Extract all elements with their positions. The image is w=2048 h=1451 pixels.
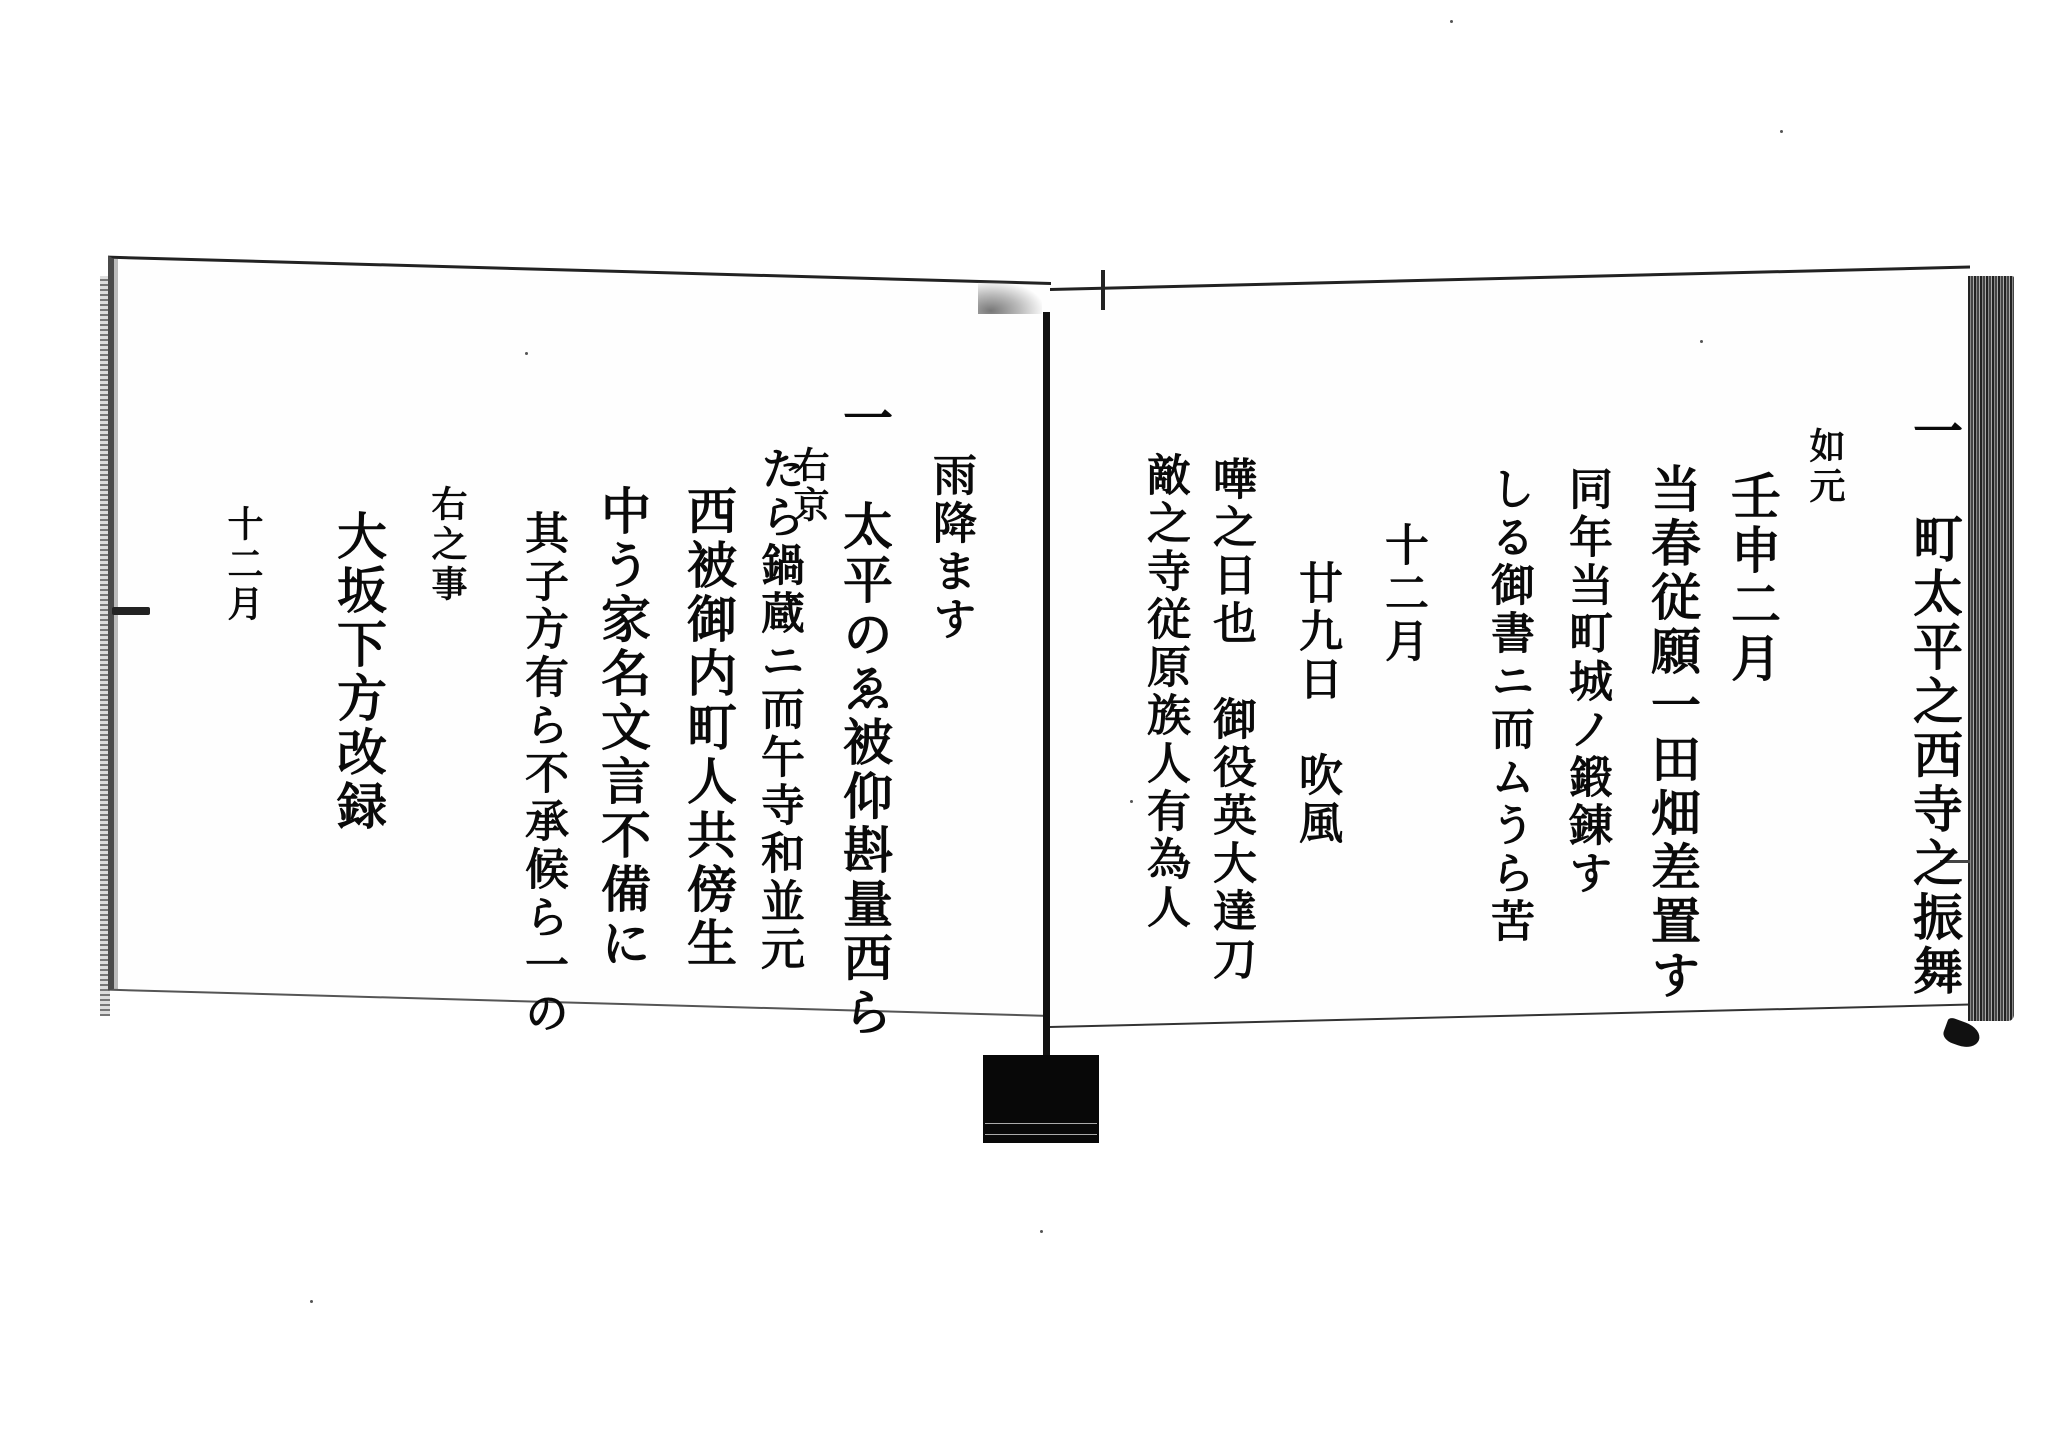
scan-speck: [1040, 1230, 1043, 1233]
left-column-6: 中う家名文言不備に: [586, 485, 658, 971]
right-column-5: 同年当町城ノ鍛錬す: [1554, 466, 1618, 898]
right-column-3: 壬申二月: [1716, 470, 1788, 686]
right-column-4: 当春従願一田畑差置す: [1636, 463, 1708, 1003]
left-column-5: 西被御内町人共傍生: [672, 485, 744, 971]
right-column-1: 一 町太平之西寺之振舞: [1898, 405, 1970, 999]
left-column-10: 十二月: [218, 505, 269, 625]
scan-speck: [1780, 130, 1783, 133]
scan-speck: [310, 1300, 313, 1303]
spine-crease-line: [1101, 270, 1105, 310]
black-bookmark-block: [983, 1055, 1099, 1143]
spine-shadow: [978, 282, 1042, 314]
right-column-7: 十二月: [1370, 522, 1434, 666]
book-spine: [1043, 312, 1050, 1057]
left-page-tab: [112, 607, 150, 615]
left-column-8: 右之事: [422, 485, 473, 605]
right-column-9: 嘩之日也 御役英大達刀: [1198, 456, 1262, 984]
right-column-6: しる御書ニ而ムうら苦: [1476, 466, 1540, 946]
left-column-4: たら鍋蔵ニ而午寺和並元: [746, 446, 810, 974]
left-column-7: 其子方有ら不承候ら一の: [510, 510, 574, 1038]
left-column-1: 雨降ます: [918, 452, 982, 644]
scan-speck: [1130, 800, 1133, 803]
left-column-9: 大坂下方改録: [322, 510, 394, 834]
manuscript-scan: 一 町太平之西寺之振舞 如元 壬申二月 当春従願一田畑差置す 同年当町城ノ鍛錬す…: [0, 0, 2048, 1451]
right-column-10: 敵之寺従原族人有為人: [1132, 452, 1196, 932]
scan-speck: [525, 352, 528, 355]
left-column-2: 一 太平のゑ被仰斟量西ら: [828, 392, 900, 1040]
right-column-8: 廿九日 吹風: [1284, 560, 1348, 848]
tassel-icon: [1941, 1017, 1983, 1052]
scan-speck: [1700, 340, 1703, 343]
left-page: [108, 256, 1051, 1017]
page-stack-edge: [1968, 276, 2014, 1021]
right-column-2: 如元: [1800, 427, 1851, 507]
scan-speck: [1450, 20, 1453, 23]
